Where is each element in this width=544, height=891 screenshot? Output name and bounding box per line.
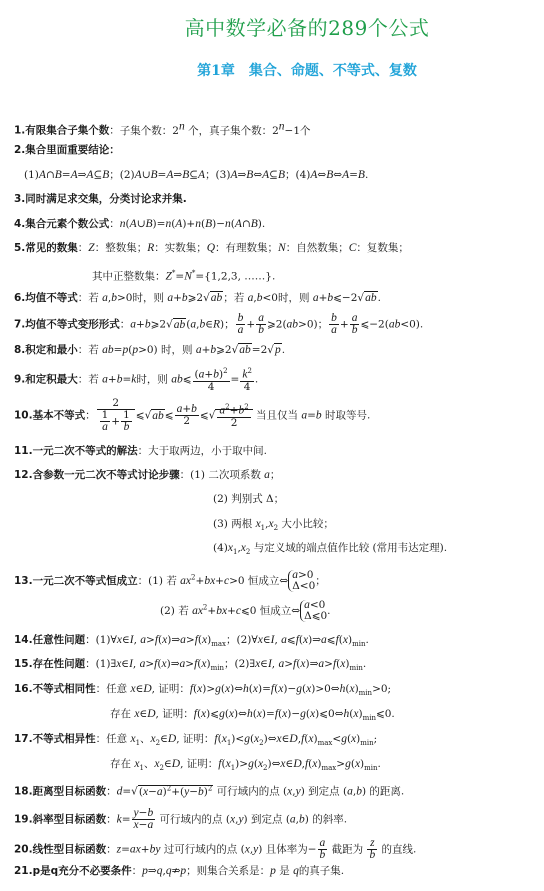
formula-item-19: 19.斜率型目标函数：k=y−bx−a 可行域内的点 (x,y) 到定点 (a,… (14, 808, 347, 831)
formula-item-13-case-2: (2) 若 ax2+bx+c⩽0 恒成立⇔a<0Δ⩽0. (160, 600, 331, 622)
item-number: 16. (14, 683, 33, 695)
formula-item-4: 4.集合元素个数公式：n(A∪B)=n(A)+n(B)−n(A∩B). (14, 217, 265, 231)
formula-item-5-detail: 其中正整数集：Z*=N*={1,2,3, ……}. (92, 266, 275, 284)
formula-item-13: 13.一元二次不等式恒成立：(1) 若 ax2+bx+c>0 恒成立⇔a>0Δ<… (14, 570, 326, 592)
formula-item-11: 11.一元二次不等式的解法：大于取两边，小于取中间. (14, 444, 267, 458)
item-label: 集合元素个数公式 (25, 218, 109, 230)
formula-item-20: 20.线性型目标函数：z=ax+by 过可行域内的点 (x,y) 且体率为−ab… (14, 838, 416, 861)
item-number: 9. (14, 373, 25, 385)
item-number: 21. (14, 865, 33, 877)
item-label: 和定积最大 (25, 373, 78, 385)
formula-item-12-step-3: (3) 两根 x1,x2 大小比较； (213, 517, 334, 535)
item-label: 线性型目标函数 (33, 844, 107, 856)
formula-item-9: 9.和定积最大：若 a+b=k时，则 ab⩽(a+b)24=k24. (14, 366, 258, 393)
formula-item-6: 6.均值不等式：若 a,b>0时，则 a+b⩾2√ab；若 a,b<0时，则 a… (14, 291, 381, 305)
item-number: 20. (14, 844, 33, 856)
item-number: 15. (14, 658, 33, 670)
formula-item-12: 12.含参数一元二次不等式讨论步骤：(1) 二次项系数 a； (14, 468, 280, 482)
item-number: 6. (14, 292, 25, 304)
item-label: 含参数一元二次不等式讨论步骤 (33, 469, 180, 481)
item-number: 4. (14, 218, 25, 230)
formula-item-12-step-2: (2) 判别式 Δ； (213, 492, 284, 506)
formula-item-16: 16.不等式相同性：任意 x∈D, 证明：f(x)>g(x)⇔h(x)=f(x)… (14, 682, 391, 700)
formula-item-3: 3.同时满足求交集，分类讨论求并集. (14, 192, 187, 206)
document-title: 高中数学必备的289个公式 (0, 12, 544, 41)
item-text: 大于取两边，小于取中间. (148, 445, 267, 457)
item-number: 8. (14, 344, 25, 356)
item-number: 18. (14, 786, 33, 798)
item-label: p是q充分不必要条件 (33, 865, 132, 877)
item-number: 11. (14, 445, 33, 457)
item-label: 一元二次不等式的解法 (33, 445, 138, 457)
formula-item-1: 1.有限集合子集个数：子集个数：2n 个，真子集个数：2n−1个 (14, 119, 311, 138)
item-label: 集合里面重要结论： (25, 144, 120, 156)
formula-item-2: 2.集合里面重要结论： (14, 143, 120, 157)
item-number: 7. (14, 319, 25, 331)
item-label: 存在性问题 (33, 658, 86, 670)
item-label: 任意性问题 (33, 634, 86, 646)
item-label: 积定和最小 (25, 344, 78, 356)
item-number: 13. (14, 575, 33, 587)
formula-item-16-exists: 存在 x∈D, 证明：f(x)⩽g(x)⇔h(x)=f(x)−g(x)⩽0⇔h(… (110, 707, 395, 725)
formula-item-21: 21.p是q充分不必要条件：p⇒q,q⇏p；则集合关系是：p 是 q的真子集. (14, 864, 344, 878)
item-number: 17. (14, 733, 33, 745)
item-label: 有限集合子集个数 (25, 125, 109, 137)
item-number: 3. (14, 193, 25, 205)
item-number: 19. (14, 814, 33, 826)
item-label: 距离型目标函数 (33, 786, 107, 798)
formula-item-14: 14.任意性问题：(1)∀x∈I, a>f(x)⇒a>f(x)max；(2)∀x… (14, 633, 369, 651)
chapter-heading: 第1章 集合、命题、不等式、复数 (0, 60, 544, 80)
formula-item-12-step-4: (4)x1,x2 与定义域的端点值作比较 (常用韦达定理). (213, 541, 447, 559)
formula-item-2-detail: (1)A∩B=A⇒A⊆B；(2)A∪B=A⇒B⊆A；(3)A⇒B⇔A⊆B；(4)… (24, 168, 368, 182)
item-label: 不等式相同性 (33, 683, 96, 695)
item-number: 1. (14, 125, 25, 137)
item-label: 一元二次不等式恒成立 (33, 575, 138, 587)
formula-item-17: 17.不等式相异性：任意 x1、x2∈D, 证明：f(x1)<g(x2)⇔x∈D… (14, 732, 377, 750)
formula-item-15: 15.存在性问题：(1)∃x∈I, a>f(x)⇒a>f(x)min；(2)∃x… (14, 657, 366, 675)
item-label: 基本不等式 (33, 410, 86, 422)
item-label: 均值不等式变形形式 (25, 319, 120, 331)
item-number: 14. (14, 634, 33, 646)
item-label: 不等式相异性 (33, 733, 96, 745)
item-number: 5. (14, 242, 25, 254)
formula-item-7: 7.均值不等式变形形式：a+b⩾2√ab(a,b∈R)；ba+ab⩾2(ab>0… (14, 313, 423, 336)
item-label: 常见的数集 (25, 242, 78, 254)
item-number: 2. (14, 144, 25, 156)
formula-item-17-exists: 存在 x1、x2∈D, 证明：f(x1)>g(x2)⇔x∈D,f(x)max>g… (110, 757, 381, 775)
item-number: 12. (14, 469, 33, 481)
formula-item-10: 10.基本不等式：21a+1b⩽√ab⩽a+b2⩽√a2+b22 当且仅当 a=… (14, 398, 370, 433)
item-label: 均值不等式 (25, 292, 78, 304)
formula-item-18: 18.距离型目标函数：d=√(x−a)2+(y−b)2 可行域内的点 (x,y)… (14, 781, 404, 799)
formula-item-5: 5.常见的数集：Z：整数集；R：实数集；Q：有理数集；N：自然数集；C：复数集； (14, 241, 409, 255)
item-number: 10. (14, 410, 33, 422)
item-label: 同时满足求交集，分类讨论求并集. (25, 193, 187, 205)
formula-item-8: 8.积定和最小：若 ab=p(p>0) 时，则 a+b⩾2√ab=2√p. (14, 343, 285, 357)
item-label: 斜率型目标函数 (33, 814, 107, 826)
